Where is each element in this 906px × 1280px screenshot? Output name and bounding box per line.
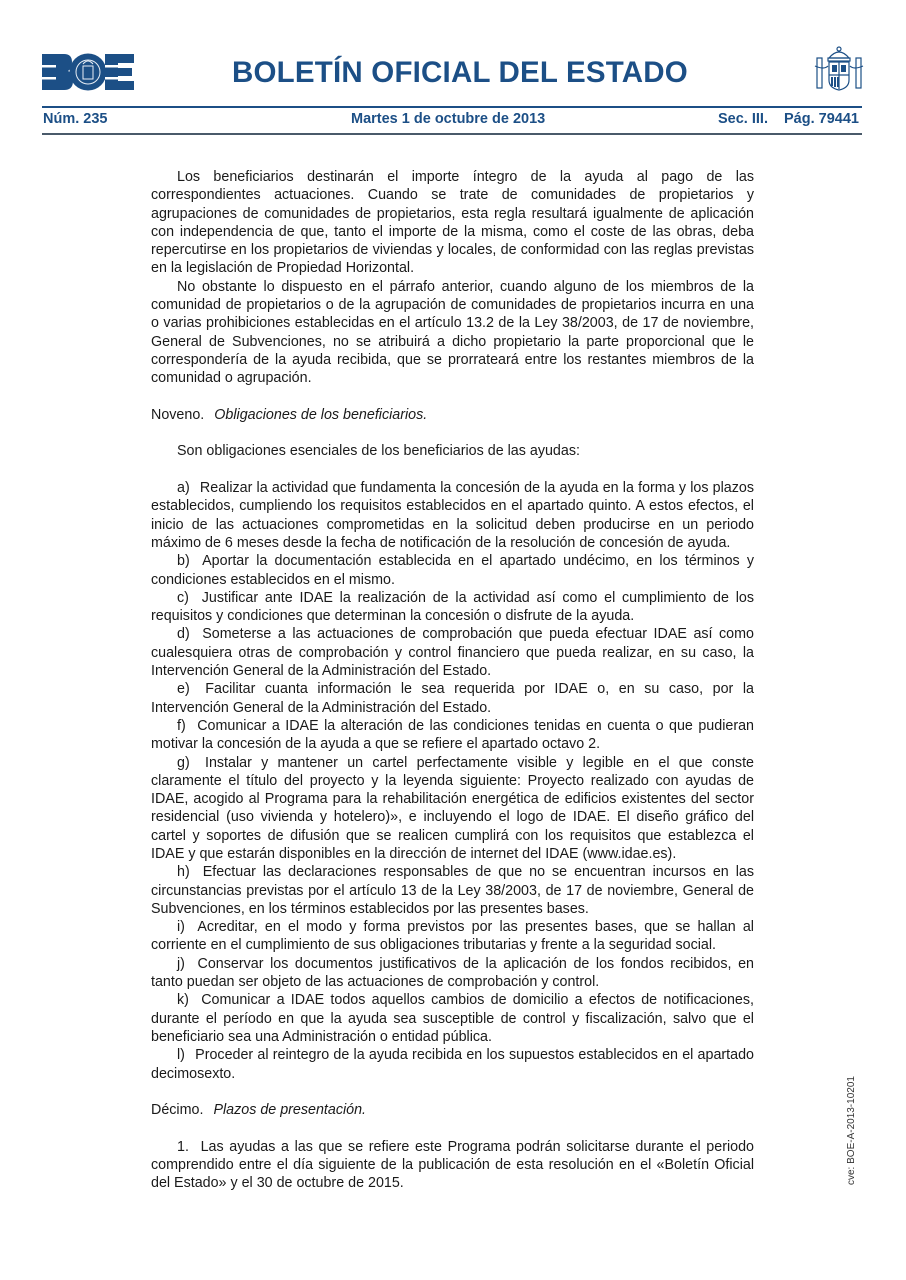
section-title: Plazos de presentación. <box>213 1102 366 1118</box>
section-label: Décimo. <box>151 1102 203 1118</box>
boe-logo-icon <box>42 52 134 92</box>
document-body: Los beneficiarios destinarán el importe … <box>151 168 754 1193</box>
header-divider-top <box>42 106 862 108</box>
spanish-coat-of-arms-icon <box>814 44 864 96</box>
list-item-h: h) Efectuar las declaraciones responsabl… <box>151 863 754 918</box>
list-item-l: l) Proceder al reintegro de la ayuda rec… <box>151 1046 754 1083</box>
list-item-i: i) Acreditar, en el modo y forma previst… <box>151 918 754 955</box>
list-item-b: b) Aportar la documentación establecida … <box>151 552 754 589</box>
issue-number: Núm. 235 <box>43 111 107 127</box>
section-title: Obligaciones de los beneficiarios. <box>214 407 427 423</box>
section-label: Sec. III. <box>718 111 768 127</box>
list-item-g: g) Instalar y mantener un cartel perfect… <box>151 754 754 864</box>
list-item-c: c) Justificar ante IDAE la realización d… <box>151 589 754 626</box>
section-intro: Son obligaciones esenciales de los benef… <box>151 442 754 460</box>
list-item-a: a) Realizar la actividad que fundamenta … <box>151 479 754 552</box>
paragraph: Los beneficiarios destinarán el importe … <box>151 168 754 278</box>
publication-title: BOLETÍN OFICIAL DEL ESTADO <box>150 56 770 90</box>
list-item-f: f) Comunicar a IDAE la alteración de las… <box>151 717 754 754</box>
list-item-k: k) Comunicar a IDAE todos aquellos cambi… <box>151 991 754 1046</box>
section-label: Noveno. <box>151 407 204 423</box>
list-item-1: 1. Las ayudas a las que se refiere este … <box>151 1138 754 1193</box>
header-divider-bottom <box>42 133 862 135</box>
list-item-j: j) Conservar los documentos justificativ… <box>151 955 754 992</box>
section-heading-noveno: Noveno.Obligaciones de los beneficiarios… <box>151 406 754 424</box>
issue-date: Martes 1 de octubre de 2013 <box>351 111 545 127</box>
page-number: Pág. 79441 <box>784 111 859 127</box>
cve-identifier: cve: BOE-A-2013-10201 <box>846 1076 857 1185</box>
list-item-d: d) Someterse a las actuaciones de compro… <box>151 625 754 680</box>
paragraph: No obstante lo dispuesto en el párrafo a… <box>151 278 754 388</box>
section-heading-decimo: Décimo.Plazos de presentación. <box>151 1101 754 1119</box>
list-item-e: e) Facilitar cuanta información le sea r… <box>151 680 754 717</box>
